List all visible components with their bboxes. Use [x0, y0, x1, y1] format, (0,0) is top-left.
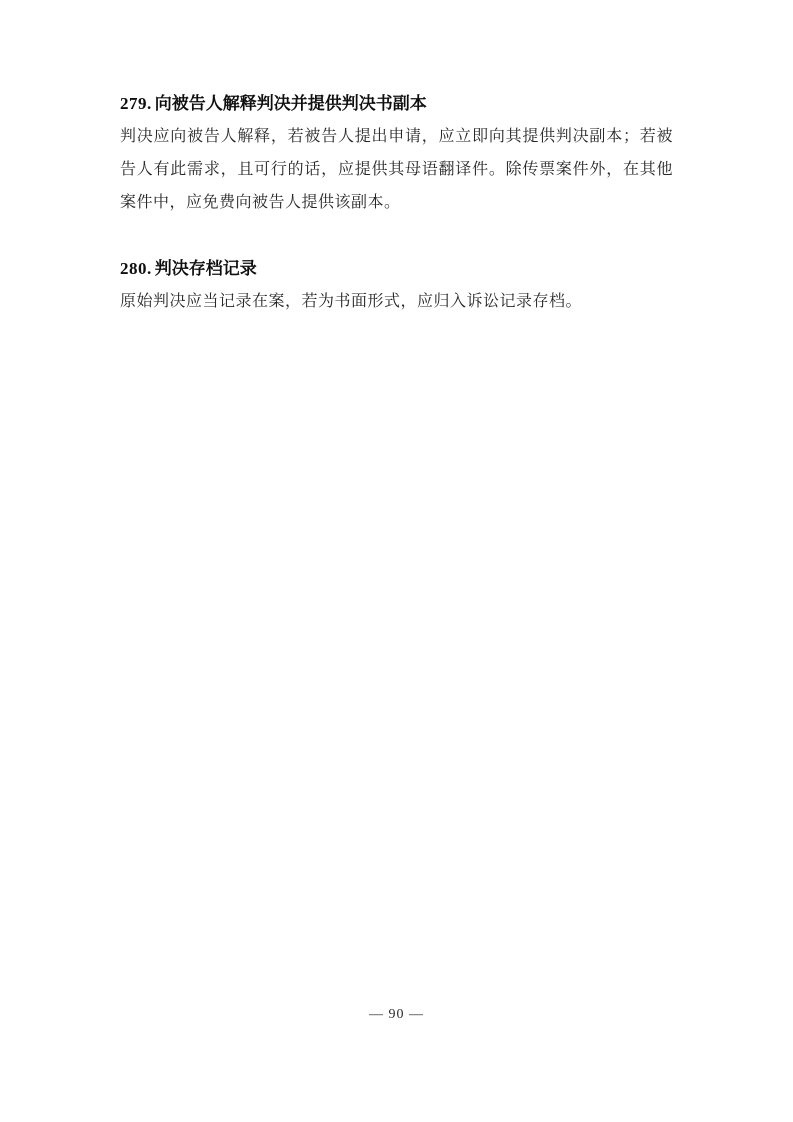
page-footer: — 90 —	[0, 1005, 793, 1025]
section-280: 280.判决存档记录 原始判决应当记录在案，若为书面形式，应归入诉讼记录存档。	[120, 252, 673, 318]
document-page: 279.向被告人解释判决并提供判决书副本 判决应向被告人解释，若被告人提出申请，…	[0, 0, 793, 1122]
section-280-number: 280.	[120, 259, 152, 278]
section-280-title: 判决存档记录	[155, 259, 257, 278]
section-279-number: 279.	[120, 94, 152, 113]
section-280-heading: 280.判决存档记录	[120, 252, 673, 285]
section-279-heading: 279.向被告人解释判决并提供判决书副本	[120, 87, 673, 120]
section-280-paragraph: 原始判决应当记录在案，若为书面形式，应归入诉讼记录存档。	[120, 285, 673, 318]
section-279-paragraph: 判决应向被告人解释，若被告人提出申请，应立即向其提供判决副本；若被告人有此需求，…	[120, 120, 673, 219]
section-279: 279.向被告人解释判决并提供判决书副本 判决应向被告人解释，若被告人提出申请，…	[120, 87, 673, 219]
page-content: 279.向被告人解释判决并提供判决书副本 判决应向被告人解释，若被告人提出申请，…	[120, 87, 673, 318]
page-number: — 90 —	[369, 1007, 424, 1022]
section-279-title: 向被告人解释判决并提供判决书副本	[155, 94, 427, 113]
